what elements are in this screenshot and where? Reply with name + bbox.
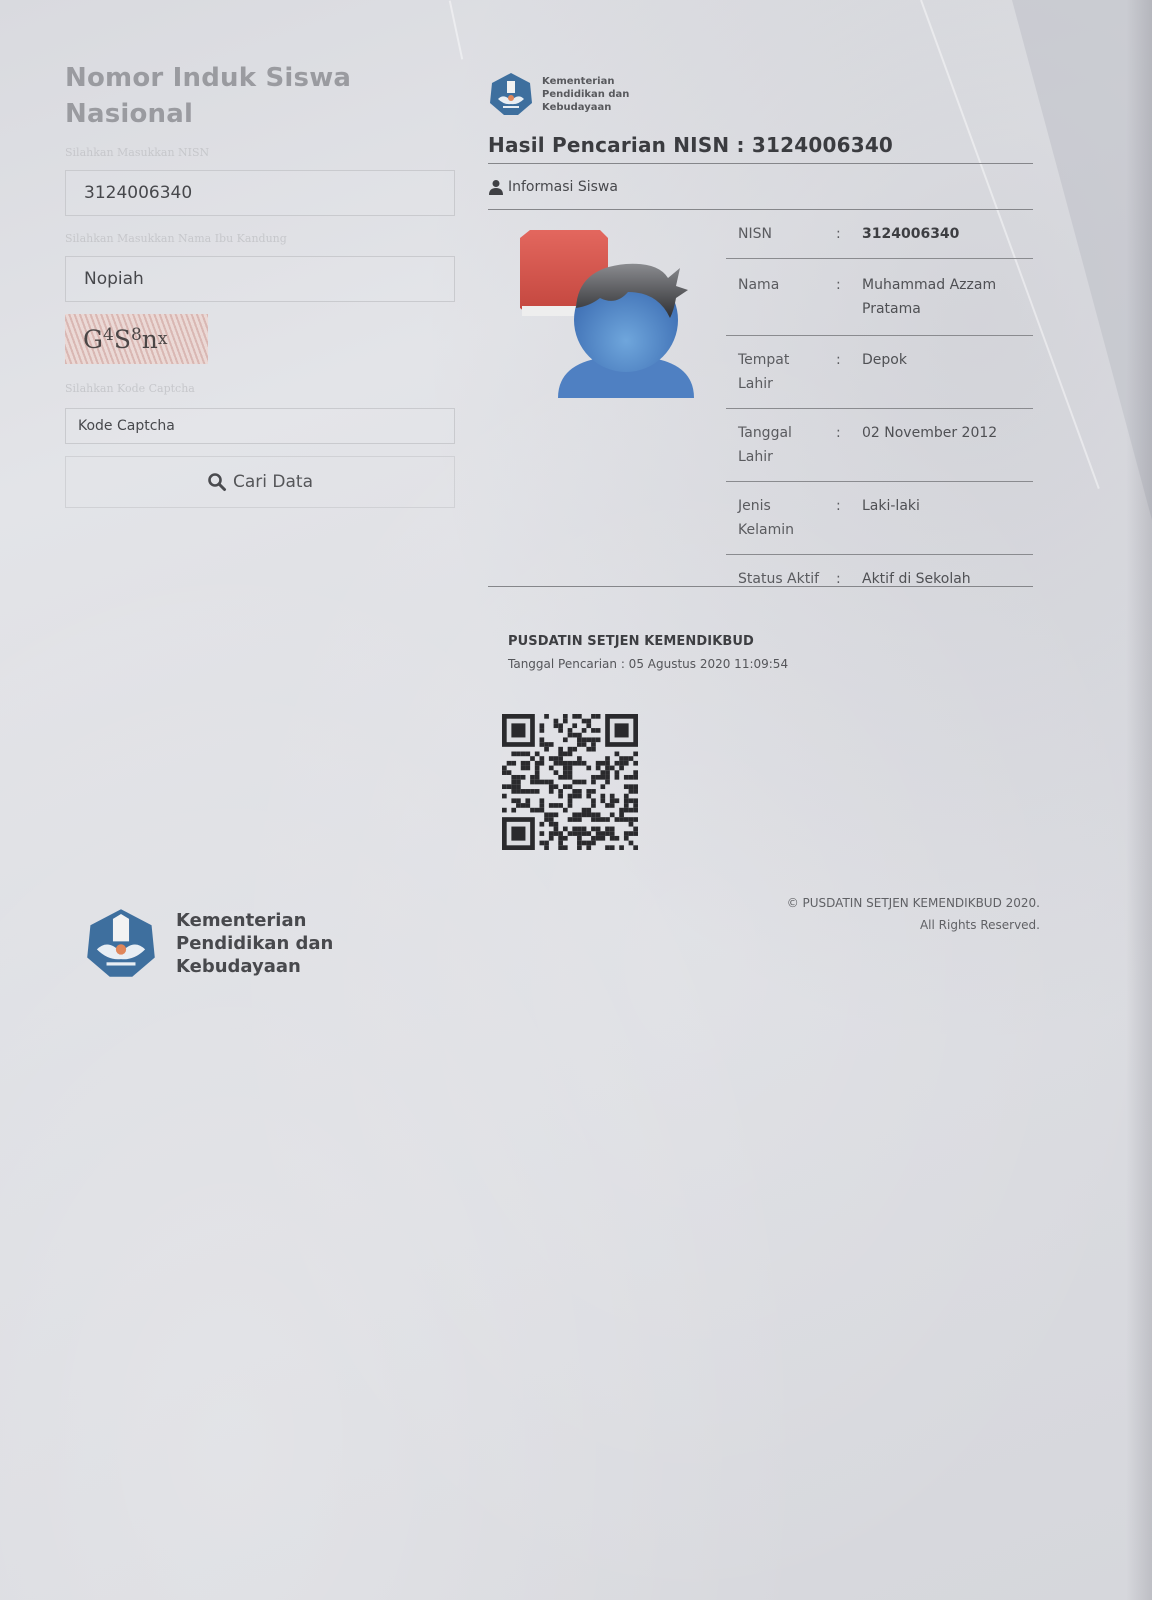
field-separator: : xyxy=(836,222,862,246)
field-label: Tempat Lahir xyxy=(738,348,836,396)
field-value: 02 November 2012 xyxy=(862,421,1033,469)
captcha-char: n xyxy=(142,325,158,354)
form-title-line1: Nomor Induk Siswa xyxy=(65,60,455,96)
search-date: Tanggal Pencarian : 05 Agustus 2020 11:0… xyxy=(508,657,788,671)
field-value: Muhammad Azzam Pratama xyxy=(862,273,1033,321)
copyright-line1: © PUSDATIN SETJEN KEMENDIKBUD 2020. xyxy=(787,892,1040,914)
divider xyxy=(488,586,1033,587)
nisn-input-value: 3124006340 xyxy=(84,183,192,203)
search-result-panel: Kementerian Pendidikan dan Kebudayaan Ha… xyxy=(488,68,1033,600)
issuer-name: PUSDATIN SETJEN KEMENDIKBUD xyxy=(508,634,788,649)
footer-brand-line1: Kementerian xyxy=(176,909,333,932)
captcha-image: G4S8nx xyxy=(65,314,208,364)
field-value: 3124006340 xyxy=(862,222,1033,246)
copyright: © PUSDATIN SETJEN KEMENDIKBUD 2020. All … xyxy=(787,892,1040,936)
search-button-label: Cari Data xyxy=(233,472,313,492)
info-row-nisn: NISN : 3124006340 xyxy=(726,210,1033,259)
field-value: Aktif di Sekolah xyxy=(862,567,1033,591)
field-value: Depok xyxy=(862,348,1033,396)
field-separator: : xyxy=(836,348,862,396)
mother-name-input[interactable]: Nopiah xyxy=(65,256,455,302)
field-separator: : xyxy=(836,494,862,542)
brand-line1: Kementerian xyxy=(542,75,629,88)
nisn-search-form: Nomor Induk Siswa Nasional Silahkan Masu… xyxy=(65,60,455,508)
nisn-input[interactable]: 3124006340 xyxy=(65,170,455,216)
brand-line2: Pendidikan dan xyxy=(542,88,629,101)
info-row-birthdate: Tanggal Lahir : 02 November 2012 xyxy=(726,409,1033,482)
captcha-char: S xyxy=(114,325,131,354)
captcha-input-placeholder: Kode Captcha xyxy=(78,418,175,434)
captcha-input[interactable]: Kode Captcha xyxy=(65,408,455,444)
ministry-brand: Kementerian Pendidikan dan Kebudayaan xyxy=(488,68,1033,120)
mother-name-input-value: Nopiah xyxy=(84,269,144,289)
field-label: Jenis Kelamin xyxy=(738,494,836,542)
copyright-line2: All Rights Reserved. xyxy=(787,914,1040,936)
footer-brand-line2: Pendidikan dan xyxy=(176,932,333,955)
info-row-name: Nama : Muhammad Azzam Pratama xyxy=(726,259,1033,336)
form-title: Nomor Induk Siswa Nasional xyxy=(65,60,455,132)
student-info-table: NISN : 3124006340 Nama : Muhammad Azzam … xyxy=(726,210,1033,603)
captcha-char: 8 xyxy=(131,325,142,345)
footer-ministry-brand: Kementerian Pendidikan dan Kebudayaan xyxy=(84,906,333,980)
kemendikbud-logo-icon xyxy=(84,906,158,980)
captcha-label: Silahkan Kode Captcha xyxy=(65,382,455,398)
field-separator: : xyxy=(836,567,862,591)
field-value: Laki-laki xyxy=(862,494,1033,542)
captcha-char: 4 xyxy=(103,325,114,345)
kemendikbud-logo-icon xyxy=(488,71,534,117)
section-header-student-info: Informasi Siswa xyxy=(488,164,1033,210)
captcha-char: x xyxy=(158,329,168,349)
paper-edge-shadow xyxy=(1126,0,1152,1600)
qr-code-icon xyxy=(502,714,638,850)
info-row-birthplace: Tempat Lahir : Depok xyxy=(726,336,1033,409)
field-label: Status Aktif xyxy=(738,567,836,591)
info-row-status: Status Aktif : Aktif di Sekolah xyxy=(726,555,1033,603)
section-title: Informasi Siswa xyxy=(508,179,618,195)
search-button[interactable]: Cari Data xyxy=(65,456,455,508)
issuer-info: PUSDATIN SETJEN KEMENDIKBUD Tanggal Penc… xyxy=(508,634,788,671)
user-icon xyxy=(488,179,504,195)
student-book-avatar-icon xyxy=(508,228,708,398)
student-info: NISN : 3124006340 Nama : Muhammad Azzam … xyxy=(488,210,1033,600)
captcha-char: G xyxy=(83,325,103,354)
field-separator: : xyxy=(836,273,862,321)
result-title: Hasil Pencarian NISN : 3124006340 xyxy=(488,133,1033,164)
mother-name-label: Silahkan Masukkan Nama Ibu Kandung xyxy=(65,232,455,248)
field-label: Nama xyxy=(738,273,836,321)
search-icon xyxy=(207,472,227,492)
field-label: NISN xyxy=(738,222,836,246)
form-title-line2: Nasional xyxy=(65,96,455,132)
field-label: Tanggal Lahir xyxy=(738,421,836,469)
field-separator: : xyxy=(836,421,862,469)
info-row-gender: Jenis Kelamin : Laki-laki xyxy=(726,482,1033,555)
footer-brand-line3: Kebudayaan xyxy=(176,955,333,978)
nisn-label: Silahkan Masukkan NISN xyxy=(65,146,455,162)
brand-line3: Kebudayaan xyxy=(542,101,629,114)
